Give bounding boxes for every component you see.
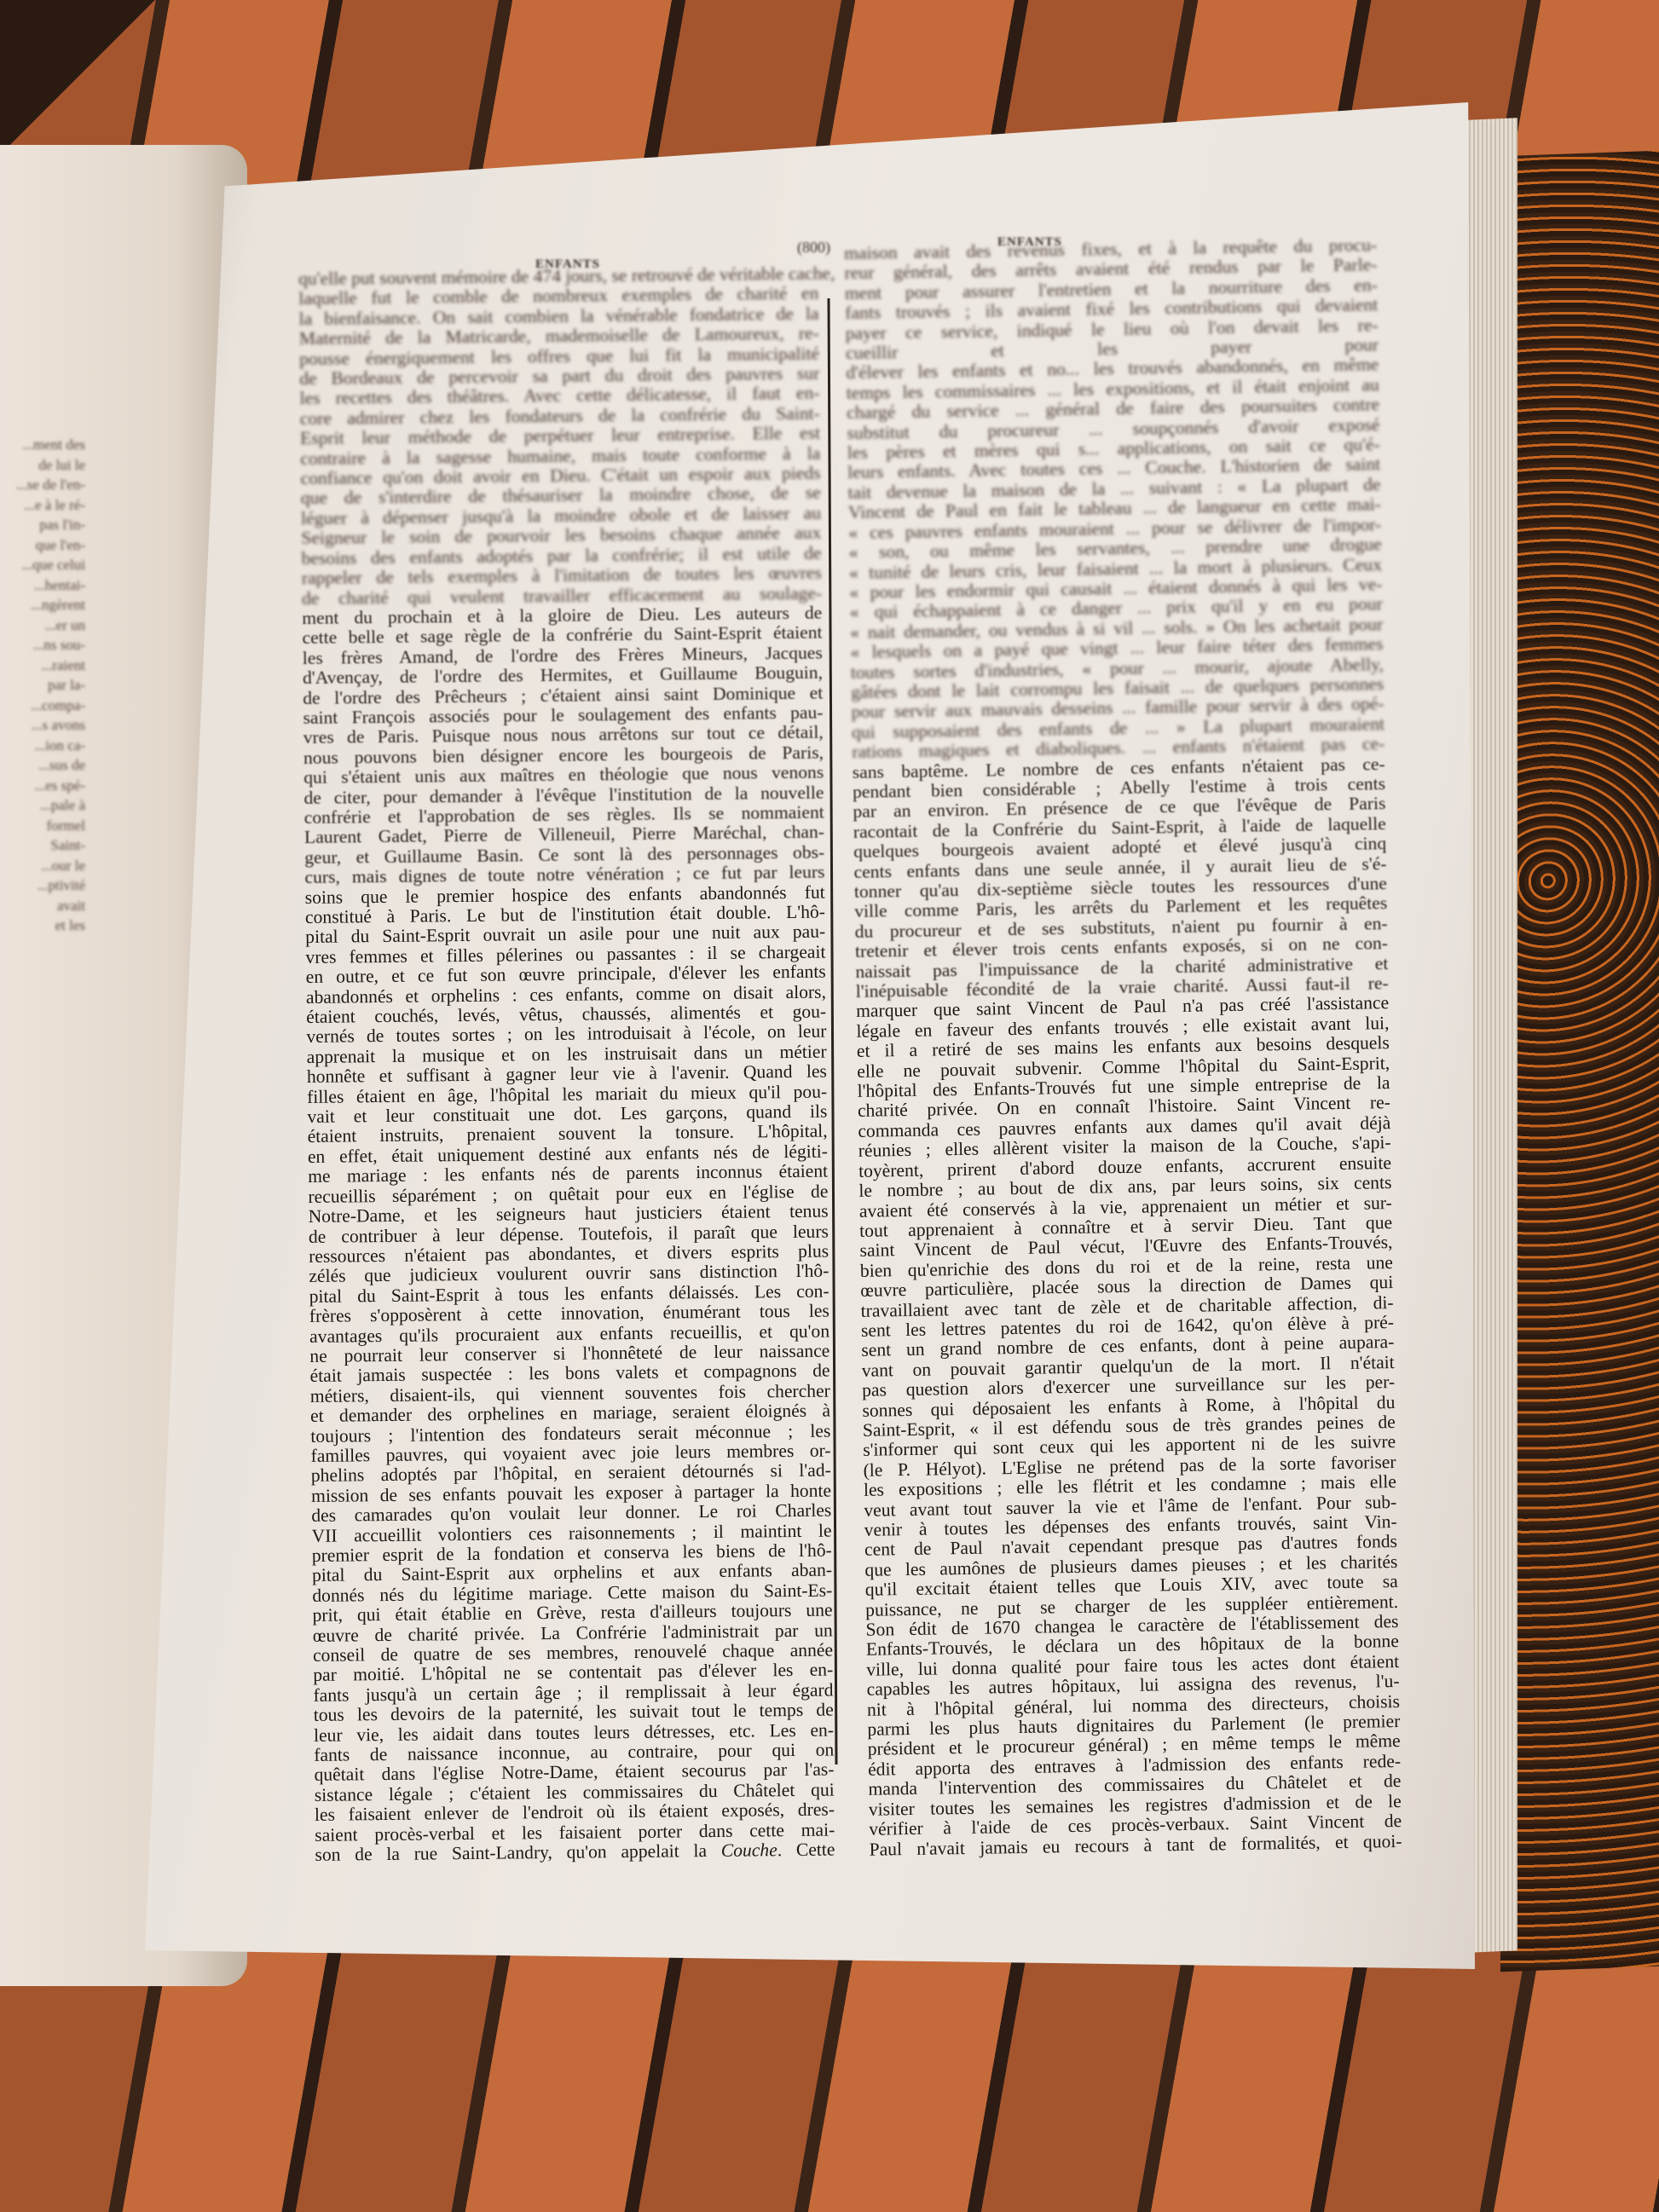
margin-fragment: ...sus de [3,755,85,776]
margin-fragment: ...es spé- [3,776,85,796]
couche-italic: Couche [721,1839,777,1861]
margin-fragment: ...ment des [3,435,85,455]
margin-fragment: ...se de l'en- [3,475,85,495]
margin-fragment: par la- [3,675,85,696]
margin-fragment: Saint- [3,835,85,856]
margin-fragment: ...er un [3,615,85,636]
margin-fragment: ...s avons [3,715,85,736]
left-page-margin-text: ...ment desde lui le...se de l'en-...e à… [3,435,85,936]
margin-fragment: ...hentai- [3,575,85,596]
margin-fragment: ...our le [3,856,85,876]
text-column-right: maison avait des revenus fixes, et à la … [844,235,1402,1859]
marbled-book-edge [1500,151,1659,1972]
margin-fragment: ...ngèrent [3,595,85,615]
margin-fragment: ...e à le ré- [3,495,85,516]
margin-fragment: ...compa- [3,696,85,716]
margin-fragment: ...raient [3,656,85,676]
margin-fragment: ...ptivité [3,875,85,896]
margin-fragment: pas l'in- [3,515,85,535]
margin-fragment: formel [3,816,85,836]
margin-fragment: ...ion ca- [3,736,85,756]
column-left-body-text: ment du prochain et à la gloire de Dieu.… [302,603,835,1845]
page-number: (800) [797,239,830,257]
margin-fragment: avait [3,896,85,916]
text-column-left: qu'elle put souvent mémoire de 474 jours… [298,264,835,1866]
column-right-blurred-text: maison avait des revenus fixes, et à la … [844,235,1384,762]
margin-fragment: de lui le [3,455,85,476]
margin-fragment: ...que celui [3,555,85,575]
column-left-blurred-text: qu'elle put souvent mémoire de 474 jours… [298,264,822,609]
margin-fragment: et les [3,915,85,936]
column-right-body-text: sans baptême. Le nombre de ces enfants n… [853,754,1402,1860]
margin-fragment: que l'en- [3,535,85,556]
margin-fragment: ...pale à [3,795,85,816]
margin-fragment: ...ns sou- [3,635,85,656]
